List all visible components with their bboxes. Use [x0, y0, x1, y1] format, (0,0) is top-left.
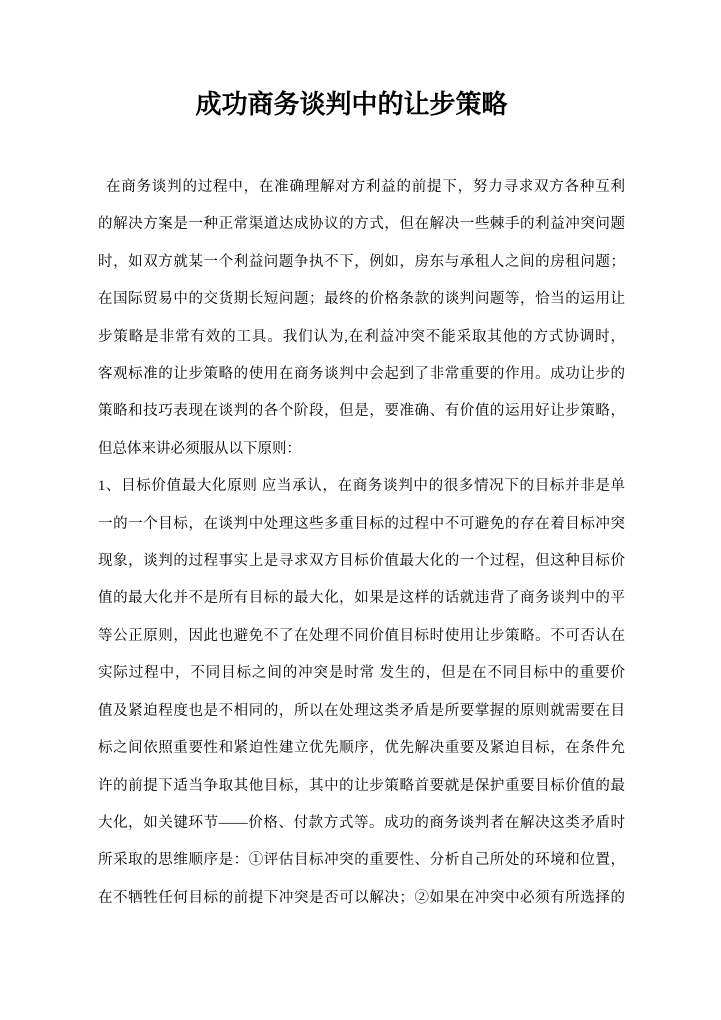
text-line: 现象，谈判的过程事实上是寻求双方目标价值最大化的一个过程，但这种目标价 — [98, 543, 625, 580]
text-line: 标之间依照重要性和紧迫性建立优先顺序，优先解决重要及紧迫目标，在条件允 — [98, 730, 625, 767]
text-line: 所采取的思维顺序是：①评估目标冲突的重要性、分析自己所处的环境和位置， — [98, 842, 625, 879]
text-line: 时，如双方就某一个利益问题争执不下，例如，房东与承租人之间的房租问题； — [98, 244, 625, 281]
text-line: 策略和技巧表现在谈判的各个阶段，但是，要准确、有价值的运用好让步策略， — [98, 393, 625, 430]
text-line: 许的前提下适当争取其他目标，其中的让步策略首要就是保护重要目标价值的最 — [98, 768, 625, 805]
text-line: 但总体来讲必须服从以下原则： — [98, 431, 625, 468]
text-line: 大化，如关键环节——价格、付款方式等。成功的商务谈判者在解决这类矛盾时 — [98, 805, 625, 842]
text-line: 在不牺牲任何目标的前提下冲突是否可以解决；②如果在冲突中必须有所选择的 — [98, 880, 625, 917]
text-line: 等公正原则，因此也避免不了在处理不同价值目标时使用让步策略。不可否认在 — [98, 618, 625, 655]
document-body: 在商务谈判的过程中，在准确理解对方利益的前提下，努力寻求双方各种互利的解决方案是… — [98, 169, 625, 917]
text-line: 一的一个目标，在谈判中处理这些多重目标的过程中不可避免的存在着目标冲突 — [98, 506, 625, 543]
text-line: 值的最大化并不是所有目标的最大化，如果是这样的话就违背了商务谈判中的平 — [98, 580, 625, 617]
document-page: 成功商务谈判中的让步策略 在商务谈判的过程中，在准确理解对方利益的前提下，努力寻… — [0, 0, 721, 1020]
text-line: 的解决方案是一种正常渠道达成协议的方式，但在解决一些棘手的利益冲突问题 — [98, 206, 625, 243]
text-line: 值及紧迫程度也是不相同的，所以在处理这类矛盾是所要掌握的原则就需要在目 — [98, 693, 625, 730]
document-title: 成功商务谈判中的让步策略 — [0, 88, 703, 122]
text-line: 实际过程中，不同目标之间的冲突是时常 发生的，但是在不同目标中的重要价 — [98, 655, 625, 692]
text-line: 在商务谈判的过程中，在准确理解对方利益的前提下，努力寻求双方各种互利 — [98, 169, 625, 206]
text-line: 在国际贸易中的交货期长短问题；最终的价格条款的谈判问题等，恰当的运用让 — [98, 281, 625, 318]
text-line: 客观标准的让步策略的使用在商务谈判中会起到了非常重要的作用。成功让步的 — [98, 356, 625, 393]
text-line: 1、目标价值最大化原则 应当承认，在商务谈判中的很多情况下的目标并非是单 — [98, 468, 625, 505]
text-line: 步策略是非常有效的工具。我们认为,在利益冲突不能采取其他的方式协调时， — [98, 319, 625, 356]
